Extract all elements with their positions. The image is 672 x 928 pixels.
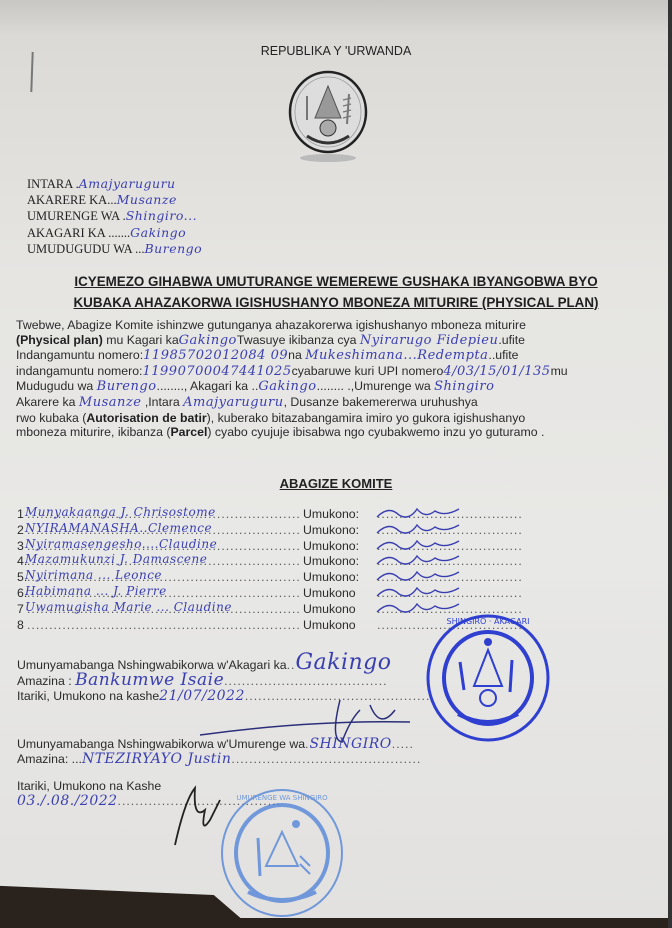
admin-row-umurenge: UMURENGE WA .Shingiro... [27, 208, 202, 224]
handwritten-value: Amajyaruguru [79, 176, 176, 191]
sector-secretary-signature-icon [165, 780, 225, 850]
svg-text:SHINGIRO · AKAGARI: SHINGIRO · AKAGARI [447, 617, 530, 626]
signature-label: Umukono: [303, 554, 359, 568]
member-name: NYIRAMANASHA..Clemence [25, 521, 212, 535]
page-edge [668, 0, 672, 928]
member-name: Habimana ... J. Pierre [25, 584, 167, 598]
member-number: 2 [17, 523, 24, 537]
member-name: Nyiramasengesho....Claudine [25, 537, 217, 551]
member-number: 1 [17, 507, 24, 521]
member-number: 8 [17, 618, 24, 632]
svg-text:UMURENGE WA SHINGIRO: UMURENGE WA SHINGIRO [236, 794, 328, 802]
certificate-body: Twebwe, Abagize Komite ishinzwe gutungan… [16, 318, 648, 440]
admin-row-akarere: AKARERE KA...Musanze [27, 192, 202, 208]
cell-office-stamp-icon: SHINGIRO · AKAGARI [424, 612, 552, 744]
member-number: 7 [17, 602, 24, 616]
signature-label: Umukono [303, 618, 356, 632]
signature-label: Umukono: [303, 570, 359, 584]
admin-row-akagari: AKAGARI KA .......Gakingo [27, 225, 202, 241]
member-name: Nyirimana ... Leonce [25, 568, 162, 582]
signature-label: Umukono [303, 586, 356, 600]
signature-label: Umukono: [303, 507, 359, 521]
country-heading: REPUBLIKA Y 'URWANDA [0, 44, 672, 58]
document-title: ICYEMEZO GIHABWA UMUTURANGE WEMEREWE GUS… [30, 271, 642, 313]
signature-label: Umukono: [303, 539, 359, 553]
handwritten-value: Burengo [144, 241, 202, 256]
handwritten-value: Gakingo [130, 225, 186, 240]
admin-row-umudugudu: UMUDUGUDU WA ...Burengo [27, 241, 202, 257]
committee-heading: ABAGIZE KOMITE [0, 476, 672, 491]
member-name: Mazamukunzi J. Damascene [25, 552, 207, 566]
signature-label: Umukono [303, 602, 356, 616]
signature-label: Umukono: [303, 523, 359, 537]
member-name: Uwamugisha Marie ... Claudine [25, 600, 232, 614]
member-name: Munyakaanga J. Chrisostome [25, 505, 216, 519]
sector-office-stamp-icon: UMURENGE WA SHINGIRO [218, 786, 346, 920]
handwritten-value: Musanze [117, 192, 177, 207]
admin-row-intara: INTARA .Amajyaruguru [27, 176, 202, 192]
coat-of-arms-icon [285, 68, 371, 168]
admin-location-block: INTARA .Amajyaruguru AKARERE KA...Musanz… [27, 176, 202, 257]
handwritten-value: Shingiro... [126, 208, 197, 223]
member-number: 3 [17, 539, 24, 553]
